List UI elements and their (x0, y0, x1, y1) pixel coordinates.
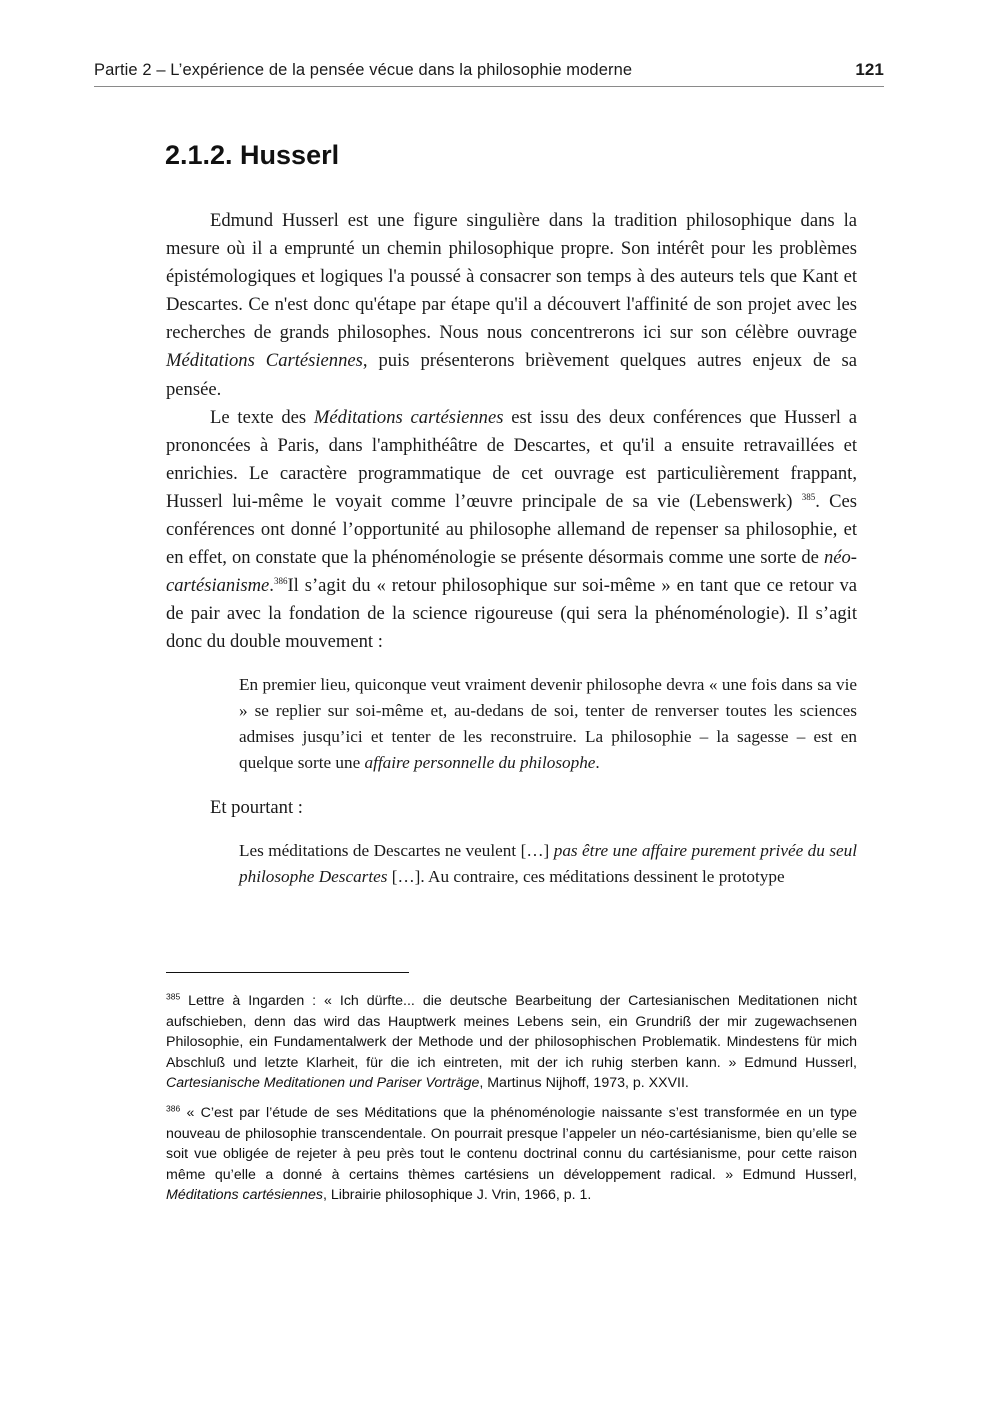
text-run: . (595, 753, 599, 772)
running-title: Partie 2 – L’expérience de la pensée véc… (94, 61, 632, 80)
paragraph-intro: Edmund Husserl est une figure singulière… (166, 207, 857, 404)
footnote-ref-385[interactable]: 385 (802, 492, 816, 502)
page-number: 121 (855, 60, 884, 80)
footnote-number: 385 (166, 991, 180, 1001)
footnote-385: 385 Lettre à Ingarden : « Ich dürfte... … (166, 991, 857, 1094)
document-page: Partie 2 – L’expérience de la pensée véc… (0, 0, 1000, 1415)
text-run: Lettre à Ingarden : « Ich dürfte... die … (166, 993, 857, 1071)
body-text: Edmund Husserl est une figure singulière… (166, 207, 857, 890)
book-title-italic: Cartesianische Meditationen und Pariser … (166, 1075, 479, 1091)
text-run: Edmund Husserl est une figure singulière… (166, 210, 857, 343)
text-run: […]. Au contraire, ces méditations dessi… (387, 867, 784, 886)
block-quote-2: Les méditations de Descartes ne veulent … (239, 838, 857, 890)
footnote-separator (166, 972, 409, 973)
paragraph-meditations: Le texte des Méditations cartésiennes es… (166, 404, 857, 657)
footnote-number: 386 (166, 1103, 180, 1113)
section-heading: 2.1.2. Husserl (165, 140, 339, 171)
block-quote-1: En premier lieu, quiconque veut vraiment… (239, 672, 857, 776)
book-title-italic: Méditations cartésiennes (314, 407, 504, 428)
text-run: Le texte des (210, 407, 314, 428)
book-title-italic: Méditations Cartésiennes (166, 350, 363, 371)
transition-line: Et pourtant : (166, 794, 857, 822)
running-header: Partie 2 – L’expérience de la pensée véc… (94, 60, 884, 87)
footnote-ref-386[interactable]: 386 (274, 576, 288, 586)
footnote-386: 386 « C’est par l’étude de ses Méditatio… (166, 1103, 857, 1206)
text-run: « C’est par l’étude de ses Méditations q… (166, 1105, 857, 1183)
book-title-italic: Méditations cartésiennes (166, 1187, 323, 1203)
footnotes: 385 Lettre à Ingarden : « Ich dürfte... … (166, 991, 857, 1206)
quote-italic: affaire personnelle du philosophe (365, 753, 596, 772)
text-run: , Librairie philosophique J. Vrin, 1966,… (323, 1187, 591, 1203)
text-run: , Martinus Nijhoff, 1973, p. XXVII. (479, 1075, 689, 1091)
text-run: Les méditations de Descartes ne veulent … (239, 841, 554, 860)
